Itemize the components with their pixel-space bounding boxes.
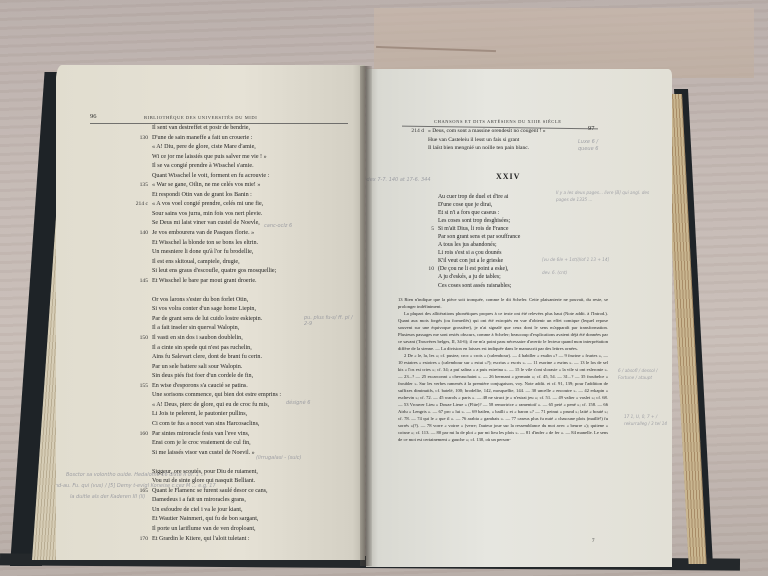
line-number: 214 d [402,127,424,136]
verse-text: Il porte un lariflume van de ven droploa… [152,526,256,532]
verse-text: Et Wisschel le bare par mout grant droer… [152,278,257,284]
verse-line: Hue van Casteleiu il lesst un fais si gr… [428,136,546,145]
verse-line: 170Et Grardin le Kiiere, qui l'aloit tul… [152,535,281,545]
verse-text: Par sintes miroracle fesis van l'eve vin… [152,431,249,437]
line-number: 135 [126,181,148,191]
verse-line: Par de grant sens de lui cuido lostre es… [152,315,281,325]
verse-line: Et Wautier Nainmeri, qui fu de bon sarga… [152,515,281,525]
section-title: XXIV [496,172,520,181]
verse-text: Et Wisschel la blonde ton se bons les el… [152,240,258,246]
verse-line: Li rois s'est si a çou dounés [438,249,520,257]
verse-line: A ju d'eskés, a ju de tables; [438,273,520,281]
verse-line: Sin deus piés fist foer d'un cordele de … [152,372,281,382]
verse-text: Les coses sont trop desghisées; [438,218,510,224]
pencil-note: [vu de 6le + 1st(l)lof 1 13 + 14] [542,257,609,262]
verse-line: 160Par sintes miroracle fesis van l'eve … [152,430,281,440]
verse-text: Une sorisons commence, qui bien dot estr… [152,392,281,398]
verse-line: A tous les jus abandonés; [438,241,520,249]
footnote-paragraph: La plupart des allitérations phonétiques… [398,310,608,352]
verse-text: Et Grardin le Kiiere, qui l'aloit tuleta… [152,536,250,542]
verse-text: Un mesniere li done qu'à l'or fu brodell… [152,249,253,255]
verse-text: Se Deus mi laist viner van custel de Noe… [152,220,260,226]
pencil-note: fond-au. Fu. qui (vus) / [5] Demy t-evig… [56,483,216,489]
verse-text: Il est ens skitoual, campiele, drugie, [152,259,240,265]
verse-line: Quant Wisschel le voit, forment en fu ac… [152,172,281,182]
verse-line: Et Wisschel la blonde ton se bons les el… [152,239,281,249]
verse-text: Li rois s'est si a çou dounés [438,250,502,256]
verse-line: Ensi com je le croc vraiement de cul fin… [152,439,281,449]
pencil-note: (lirrugalasi - (suic) [256,455,302,461]
pencil-note: Il y a les deux pages... livre [B] qui a… [556,189,656,203]
left-verse-block: Il sent van destreffet et posir de bendr… [152,124,281,544]
right-poem-block: Au cuer trop de duel et d'ire aiD'une co… [438,193,520,290]
verse-line: Si leut ens graus d'escoufle, quatre gos… [152,267,281,277]
verse-text: Par son grant sens et par souffrance [438,234,520,240]
right-opening-verses: 214 d« Deus, com sont a massine orendesi… [428,127,546,153]
verse-line: K'il veut con jut a le grieske [438,257,520,265]
verse-line: Au cuer trop de duel et d'ire ai [438,193,520,201]
verse-line: 155En wise d'esporons s'a caucié se pati… [152,382,281,392]
verse-text: « A! Diu, pere de glore, ciste Mare d'am… [152,144,256,150]
verse-text: Wi ce jor me laissiés que puis salver me… [152,154,267,160]
verse-line: Wi ce jor me laissiés que puis salver me… [152,153,281,163]
signature-mark: 7 [592,539,595,544]
verse-line: Par son grant sens et par souffrance [438,233,520,241]
line-number: 155 [126,382,148,392]
verse-text: (De çou ne li est point a eske), [438,266,509,272]
verse-line: Il sent van destreffet et posir de bendr… [152,124,281,134]
verse-text: Il vasti en sin dos i saubon doublelin, [152,335,243,341]
line-number: 150 [126,334,148,344]
pencil-note: pu. plus fu-s/ ff. pl / 2-9 [304,315,354,327]
verse-text: Hue van Casteleiu il lesst un fais si gr… [428,137,519,143]
pencil-note: Codex 7-7. 140 at 17-6. 344 [366,177,431,183]
verse-text: Je vos embourera van de Pasques florie. … [152,230,254,236]
verse-text: Au cuer trop de duel et d'ire ai [438,194,508,200]
verse-line: Ains fu Salevart clere, dont de brant fu… [152,353,281,363]
verse-text: Il a cinte sin spede qui n'est pas ruche… [152,345,252,351]
verse-line: Ces coses sont assés raisnables; [438,282,520,290]
verse-line: Il a fait inseler sin querval Walopin, [152,324,281,334]
verse-line [152,286,281,296]
pencil-note: Luxe 6 / queue 6 [578,139,608,153]
verse-line: 145Et Wisschel le bare par mout grant dr… [152,277,281,287]
verse-text: Si leut ens graus d'escoufle, quatre gos… [152,268,276,274]
pencil-note: 6 / absofl / dessol / Fortune / ataupt [618,367,658,381]
pencil-note: dev. 6. (cnt) [542,270,567,275]
left-page: 96 BIBLIOTHÈQUE DES UNIVERSITÉS DU MIDI … [56,65,365,560]
verse-line: 214 c« A vos voel congié prendre, celés … [152,200,281,210]
verse-line: Et si n'i a fors que caseus : [438,209,520,217]
verse-line: Se Deus mi laist viner van custel de Noe… [152,219,281,229]
verse-line: 214 d« Deus, com sont a massine orendesi… [428,127,546,136]
verse-text: Un esfoudre de ciel i va le jour kiant, [152,507,243,513]
footnotes: 13 Rien n'indique que la pièce soit tron… [398,296,608,443]
verse-text: D'une de sain maneffe a fait un crouerie… [152,135,252,141]
footnote-paragraph: 13 Rien n'indique que la pièce soit tron… [398,296,608,310]
verse-line: Il laïst bien mengnié un noille ten pain… [428,144,546,153]
verse-text: Si vos volra conter d'un sage home Liepi… [152,306,256,312]
verse-line: 140Je vos embourera van de Pasques flori… [152,229,281,239]
verse-text: Et si n'i a fors que caseus : [438,210,499,216]
footnote-paragraph: 2 De « le, la, les »; cf. pusiez; croc «… [398,352,608,443]
verse-line: Il a cinte sin spede qui n'est pas ruche… [152,344,281,354]
right-page: CHANSONS ET DITS ARTÉSIENS DU XIIIe SIÈC… [366,69,672,567]
verse-text: Il sent van destreffet et posir de bendr… [152,125,250,131]
verse-text: « A vos voel congié prendre, celés mi un… [152,201,263,207]
verse-text: Et respondi Otin van de grant los Banin … [152,192,252,198]
verse-line: Il est ens skitoual, campiele, drugie, [152,258,281,268]
verse-text: « Deus, com sont a massine orendesit no … [428,128,546,134]
pencil-note: canc-oclz 6 [264,223,292,229]
verse-text: Il se va congié prendre à Wisschel s'ami… [152,163,254,169]
verse-text: Il a fait inseler sin querval Walopin, [152,325,239,331]
verse-text: « War se gane, Oilin, ne me celés vos mi… [152,182,260,188]
verse-text: Li Jois te pelerent, le pautonier pullin… [152,411,247,417]
verse-text: Or vos larons s'ester du bon forlet Otin… [152,297,248,303]
verse-text: Sin deus piés fist foer d'un cordele de … [152,373,253,379]
verse-line: Par un sele batiere sali sour Walopin. [152,363,281,373]
verse-line: Ci com te fus a nocet van sins Harcosacl… [152,420,281,430]
line-number: 140 [126,229,148,239]
line-number: 130 [126,134,148,144]
line-number: 145 [126,277,148,287]
verse-line: « A! Diu, pere de glore, ciste Mare d'am… [152,143,281,153]
verse-text: Ces coses sont assés raisnables; [438,283,511,289]
line-number: 10 [412,265,434,273]
verse-text: En wise d'esporons s'a caucié se patins. [152,383,248,389]
left-running-head: BIBLIOTHÈQUE DES UNIVERSITÉS DU MIDI [144,115,257,120]
verse-text: Damedeus i a fait un miroracles grans, [152,497,246,503]
verse-line: Un esfoudre de ciel i va le jour kiant, [152,506,281,516]
verse-text: Et Wautier Nainmeri, qui fu de bon sarga… [152,516,258,522]
left-page-number: 96 [90,113,97,120]
verse-line: « A! Deus, pierc de glore, qui eu de cro… [152,401,281,411]
verse-line: Une sorisons commence, qui bien dot estr… [152,391,281,401]
verse-line: 150Il vasti en sin dos i saubon doubleli… [152,334,281,344]
right-page-number: 97 [588,125,595,132]
verse-text: Quant Wisschel le voit, forment en fu ac… [152,173,269,179]
line-number: 160 [126,430,148,440]
pencil-note: 17 1, U, 0, 7 + / rekurralleg / 3 tel 14 [624,413,668,427]
verse-text: Ci com te fus a nocet van sins Harcosacl… [152,421,259,427]
verse-text: A ju d'eskés, a ju de tables; [438,274,501,280]
verse-text: Ains fu Salevart clere, dont de brant fu… [152,354,262,360]
table-plank [374,8,754,78]
line-number: 5 [412,225,434,233]
line-number: 214 c [126,200,148,210]
verse-text: A tous les jus abandonés; [438,242,497,248]
verse-line: Or vos larons s'ester du bon forlet Otin… [152,296,281,306]
verse-line: 135« War se gane, Oilin, ne me celés vos… [152,181,281,191]
verse-line: Damedeus i a fait un miroracles grans, [152,496,281,506]
line-number: 170 [126,535,148,545]
verse-text: Si m'aït Dius, li rois de France [438,226,508,232]
verse-line: Si vos volra conter d'un sage home Liepi… [152,305,281,315]
verse-line: Li Jois te pelerent, le pautonier pullin… [152,410,281,420]
verse-line: Il porte un lariflume van de ven droploa… [152,525,281,535]
pencil-note: Bosctor sa volontho ouide. Hedalome 16 d… [66,472,205,478]
verse-line: Un mesniere li done qu'à l'or fu brodell… [152,248,281,258]
verse-text: Par un sele batiere sali sour Walopin. [152,364,242,370]
verse-line: Et respondi Otin van de grant los Banin … [152,191,281,201]
verse-line: Les coses sont trop desghisées; [438,217,520,225]
verse-line: D'une cose que je dirai, [438,201,520,209]
pencil-note: désigné 6 [286,400,310,406]
verse-text: Sour sains vos jurra, min fois vos nert … [152,211,262,217]
verse-line: Il se va congié prendre à Wisschel s'ami… [152,162,281,172]
verse-text: Si me laissés visor van custel de Noevil… [152,450,255,456]
right-running-head: CHANSONS ET DITS ARTÉSIENS DU XIIIe SIÈC… [434,119,562,124]
verse-line: 130D'une de sain maneffe a fait un croue… [152,134,281,144]
verse-text: D'une cose que je dirai, [438,202,492,208]
verse-line: 10(De çou ne li est point a eske), [438,265,520,273]
pencil-note: la duitle als der Kaderen III (ll) [70,494,145,500]
verse-text: K'il veut con jut a le grieske [438,258,503,264]
verse-text: Il laïst bien mengnié un noille ten pain… [428,145,529,151]
verse-text: Par de grant sens de lui cuido lostre es… [152,316,262,322]
book-gutter [360,66,372,566]
verse-text: « A! Deus, pierc de glore, qui eu de cro… [152,402,269,408]
verse-text: Ensi com je le croc vraiement de cul fin… [152,440,251,446]
verse-line: Sour sains vos jurra, min fois vos nert … [152,210,281,220]
verse-line: 5Si m'aït Dius, li rois de France [438,225,520,233]
